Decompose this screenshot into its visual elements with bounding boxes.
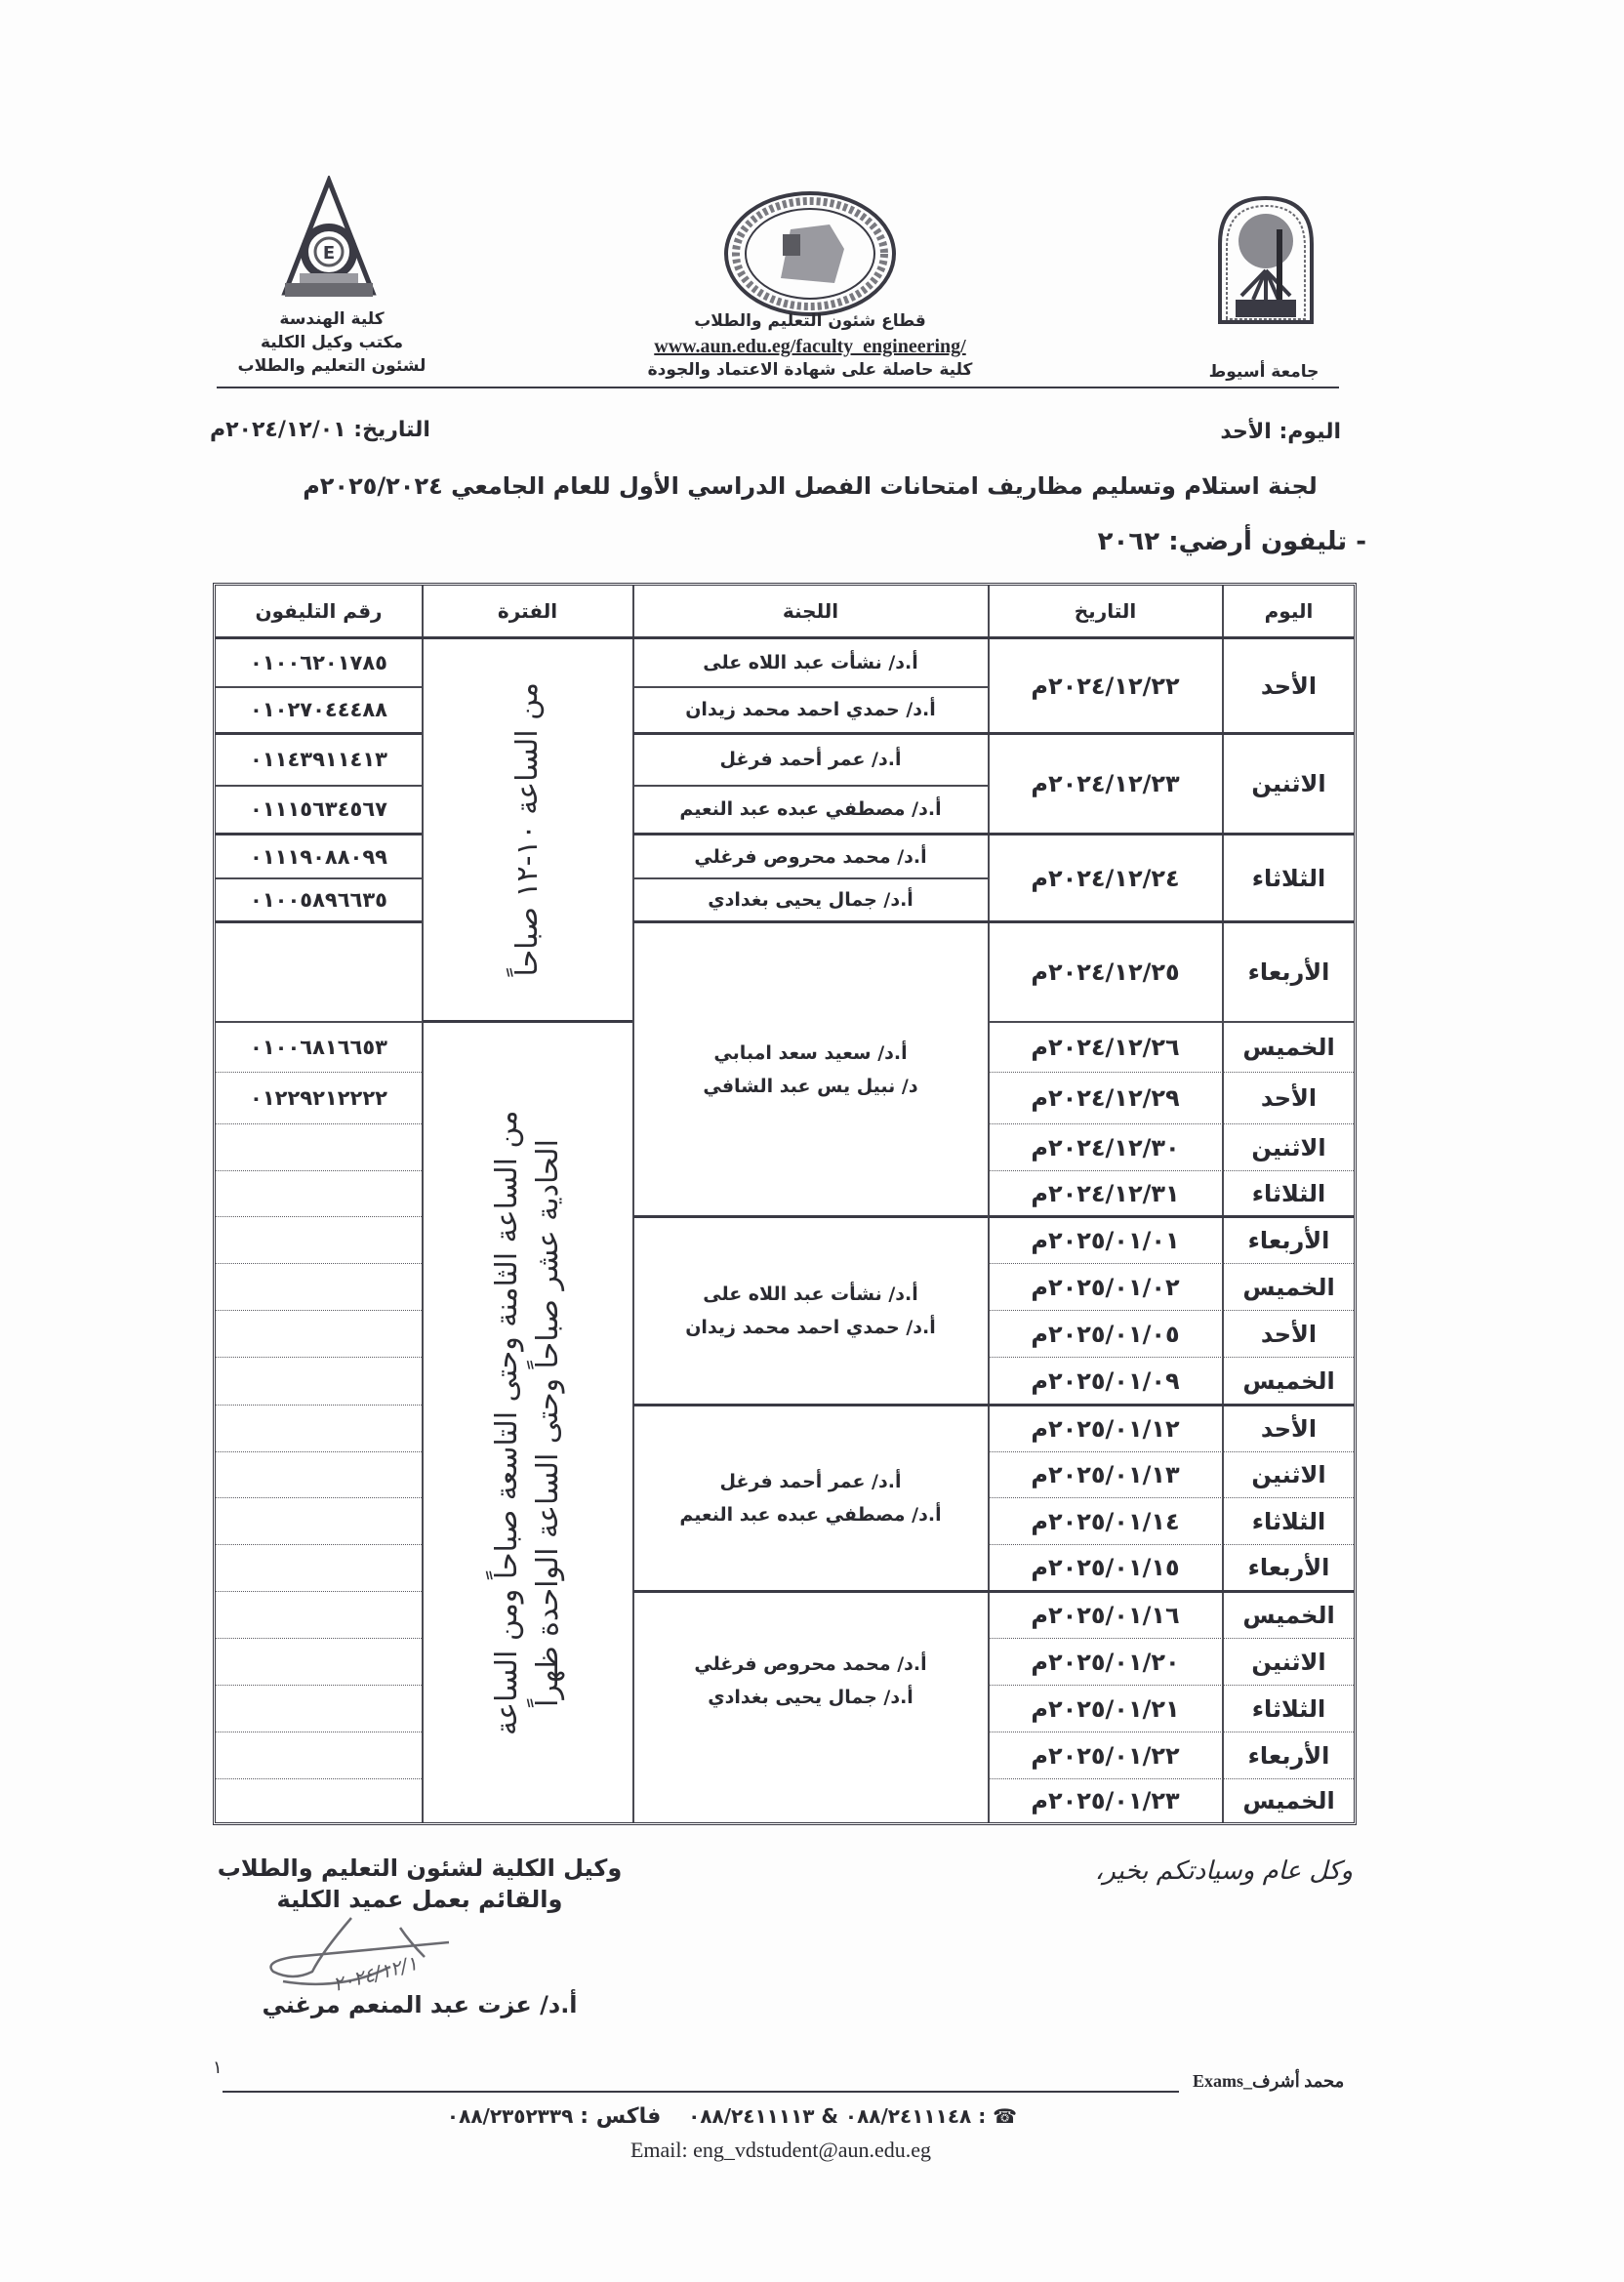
phone-number: ٠١٢٢٩٢١٢٢٢٢ — [216, 1073, 422, 1123]
row-date: ٢٠٢٥/٠١/١٥م — [989, 1545, 1222, 1590]
university-name: جامعة أسيوط — [1186, 361, 1342, 383]
document-reference: Exams_محمد أشرف — [1193, 2071, 1344, 2092]
phone-number: ٠١٠٠٦٢٠١٧٨٥ — [216, 639, 422, 686]
row-day: الثلاثاء — [1223, 835, 1355, 920]
phone-number: ٠١١٤٣٩١١٤١٣ — [216, 735, 422, 784]
row-divider — [216, 1310, 422, 1311]
row-day: الثلاثاء — [1223, 1498, 1355, 1544]
header-date: التاريخ — [989, 586, 1222, 636]
row-date: ٢٠٢٤/١٢/٢٢م — [989, 639, 1222, 732]
phone-number: ٠١١١٥٦٣٤٥٦٧ — [216, 786, 422, 833]
date-value: ٢٠٢٤/١٢/٠١م — [210, 418, 346, 442]
period-text-1: من الساعة ١٠-١٢ صباحاً — [507, 682, 548, 977]
faculty-line-2: مكتب وكيل الكلية — [215, 332, 449, 353]
row-day: الأحد — [1223, 1406, 1355, 1451]
row-divider — [216, 1497, 422, 1498]
row-date: ٢٠٢٥/٠١/٠٥م — [989, 1311, 1222, 1357]
row-divider — [216, 1638, 422, 1639]
row-day: الاثنين — [1223, 1639, 1355, 1685]
row-divider — [216, 1591, 422, 1592]
signatory-title-1: وكيل الكلية لشئون التعليم والطلاب — [215, 1854, 625, 1882]
row-date: ٢٠٢٤/١٢/٣٠م — [989, 1124, 1222, 1170]
row-day: الخميس — [1223, 1022, 1355, 1072]
row-date: ٢٠٢٥/٠١/١٦م — [989, 1593, 1222, 1638]
committee-group-4: أ.د/ سعيد سعد امبابي د/ نبيل يس عبد الشا… — [633, 923, 988, 1215]
row-date: ٢٠٢٥/٠١/١٤م — [989, 1498, 1222, 1544]
day-line: اليوم: الأحد — [1220, 420, 1341, 444]
row-divider — [216, 1451, 422, 1452]
row-date: ٢٠٢٥/٠١/٠٢م — [989, 1264, 1222, 1310]
row-date: ٢٠٢٤/١٢/٢٣م — [989, 735, 1222, 833]
phone-number: ٠١٠٠٦٨١٦٦٥٣ — [216, 1022, 422, 1072]
footer-email[interactable]: Email: eng_vdstudent@aun.edu.eg — [439, 2138, 1122, 2163]
fax-label: فاكس : — [580, 2104, 661, 2129]
header-divider — [217, 387, 1339, 388]
closing-greeting: وكل عام وسيادتكم بخير، — [1095, 1856, 1353, 1886]
row-date: ٢٠٢٥/٠١/٢١م — [989, 1686, 1222, 1732]
row-day: الخميس — [1223, 1779, 1355, 1822]
row-divider — [216, 1216, 422, 1217]
committee-member: أ.د/ سعيد سعد امبابي — [713, 1037, 907, 1070]
phone-number: ٠١٠٠٥٨٩٦٦٣٥ — [216, 878, 422, 920]
period-text-2: من الساعة الثامنة وحتى التاسعة صباحاً وم… — [487, 1081, 569, 1765]
signatory-title-2: والقائم بعمل عميد الكلية — [244, 1886, 595, 1913]
university-logo — [1212, 190, 1319, 327]
row-divider — [216, 1778, 422, 1779]
svg-text:E: E — [323, 243, 335, 264]
row-date: ٢٠٢٤/١٢/٢٤م — [989, 835, 1222, 920]
row-day: الخميس — [1223, 1264, 1355, 1310]
footer-phones: ٠٨٨/٢٤١١١٤٨ & ٠٨٨/٢٤١١١١٣ — [688, 2104, 971, 2128]
quality-assurance-logo — [722, 190, 898, 317]
row-date: ٢٠٢٥/٠١/٠٩م — [989, 1358, 1222, 1404]
row-day: الأربعاء — [1223, 1218, 1355, 1263]
committee-member: أ.د/ محمد محروص فرغلي — [694, 1648, 926, 1681]
committee-member: أ.د/ جمال يحيى بغدادي — [633, 878, 988, 920]
row-date: ٢٠٢٥/٠١/٠١م — [989, 1218, 1222, 1263]
committee-member: أ.د/ حمدي احمد محمد زيدان — [633, 687, 988, 732]
phone-number: ٠١١١٩٠٨٨٠٩٩ — [216, 835, 422, 877]
committee-member: أ.د/ مصطفي عبده عبد النعيم — [679, 1498, 941, 1531]
row-date: ٢٠٢٥/٠١/٢٠م — [989, 1639, 1222, 1685]
faculty-line-1: كلية الهندسة — [215, 308, 449, 330]
phone-icon: ☎ : — [978, 2104, 1017, 2128]
row-day: الأربعاء — [1223, 1732, 1355, 1778]
row-day: الأحد — [1223, 639, 1355, 732]
date-line: التاريخ: ٢٠٢٤/١٢/٠١م — [210, 418, 430, 442]
accreditation-text: كلية حاصلة على شهادة الاعتماد والجودة — [605, 359, 1015, 381]
committee-member: أ.د/ حمدي احمد محمد زيدان — [685, 1311, 936, 1344]
row-divider — [216, 1357, 422, 1358]
period-cell-1: من الساعة ١٠-١٢ صباحاً — [423, 639, 632, 1020]
header-phone: رقم التليفون — [216, 586, 422, 636]
row-date: ٢٠٢٥/٠١/١٣م — [989, 1452, 1222, 1497]
period-cell-2: من الساعة الثامنة وحتى التاسعة صباحاً وم… — [423, 1023, 632, 1822]
row-date: ٢٠٢٥/٠١/٢٢م — [989, 1732, 1222, 1778]
committee-group-5: أ.د/ نشأت عبد اللاه على أ.د/ حمدي احمد م… — [633, 1218, 988, 1404]
row-date: ٢٠٢٤/١٢/٢٥م — [989, 923, 1222, 1021]
date-label: التاريخ: — [353, 418, 430, 442]
row-day: الأحد — [1223, 1073, 1355, 1123]
row-divider — [216, 1405, 422, 1406]
engineering-faculty-logo: E — [275, 176, 383, 303]
page-number: ١ — [213, 2058, 223, 2078]
committee-group-6: أ.د/ عمر أحمد فرغل أ.د/ مصطفي عبده عبد ا… — [633, 1406, 988, 1590]
row-day: الثلاثاء — [1223, 1686, 1355, 1732]
day-label: اليوم: — [1279, 420, 1342, 444]
committee-group-7: أ.د/ محمد محروص فرغلي أ.د/ جمال يحيى بغد… — [633, 1593, 988, 1769]
row-divider — [216, 1263, 422, 1264]
row-divider — [216, 1123, 422, 1124]
row-divider — [216, 1544, 422, 1545]
document-title: لجنة استلام وتسليم مظاريف امتحانات الفصل… — [293, 472, 1327, 500]
footer-contacts: ☎ : ٠٨٨/٢٤١١١٤٨ & ٠٨٨/٢٤١١١١٣ فاكس : ٠٨٨… — [293, 2104, 1171, 2129]
committee-member: أ.د/ عمر أحمد فرغل — [720, 1465, 902, 1498]
committee-member: أ.د/ نشأت عبد اللاه على — [703, 1278, 918, 1311]
phone-number: ٠١٠٢٧٠٤٤٤٨٨ — [216, 687, 422, 732]
header-day: اليوم — [1223, 586, 1355, 636]
row-day: الاثنين — [1223, 735, 1355, 833]
row-date: ٢٠٢٥/٠١/٢٣م — [989, 1779, 1222, 1822]
faculty-line-3: لشئون التعليم والطلاب — [215, 355, 449, 377]
row-day: الاثنين — [1223, 1452, 1355, 1497]
landline-phone: - تليفون أرضي: ٢٠٦٢ — [1098, 527, 1366, 556]
header-committee: اللجنة — [633, 586, 988, 636]
header-period: الفترة — [423, 586, 632, 636]
schedule-table: اليوم التاريخ اللجنة الفترة رقم التليفون… — [213, 583, 1357, 1825]
row-group-divider — [216, 920, 422, 923]
committee-member: أ.د/ جمال يحيى بغدادي — [708, 1681, 913, 1714]
row-day: الاثنين — [1223, 1124, 1355, 1170]
committee-member: أ.د/ محمد محروص فرغلي — [633, 835, 988, 877]
row-date: ٢٠٢٥/٠١/١٢م — [989, 1406, 1222, 1451]
sector-name: قطاع شئون التعليم والطلاب — [605, 310, 1015, 332]
fax-number: ٠٨٨/٢٣٥٢٣٣٩ — [447, 2104, 573, 2128]
row-day: الثلاثاء — [1223, 1171, 1355, 1215]
day-value: الأحد — [1220, 420, 1272, 444]
row-day: الأربعاء — [1223, 923, 1355, 1021]
row-date: ٢٠٢٤/١٢/٢٩م — [989, 1073, 1222, 1123]
committee-member: أ.د/ مصطفي عبده عبد النعيم — [633, 786, 988, 833]
row-day: الأربعاء — [1223, 1545, 1355, 1590]
row-day: الخميس — [1223, 1358, 1355, 1404]
committee-member: أ.د/ نشأت عبد اللاه على — [633, 639, 988, 686]
committee-member: د/ نبيل يس عبد الشافي — [703, 1070, 917, 1103]
row-day: الخميس — [1223, 1593, 1355, 1638]
row-date: ٢٠٢٤/١٢/٣١م — [989, 1171, 1222, 1215]
footer-divider — [223, 2091, 1179, 2093]
row-divider — [216, 1170, 422, 1171]
faculty-website-link[interactable]: www.aun.edu.eg/faculty_engineering/ — [586, 336, 1035, 358]
signatory-name: أ.د/ عزت عبد المنعم مرغني — [244, 1991, 595, 2018]
row-date: ٢٠٢٤/١٢/٢٦م — [989, 1022, 1222, 1072]
committee-member: أ.د/ عمر أحمد فرغل — [633, 735, 988, 784]
row-day: الأحد — [1223, 1311, 1355, 1357]
row-divider — [216, 1685, 422, 1686]
row-divider — [216, 1732, 422, 1732]
